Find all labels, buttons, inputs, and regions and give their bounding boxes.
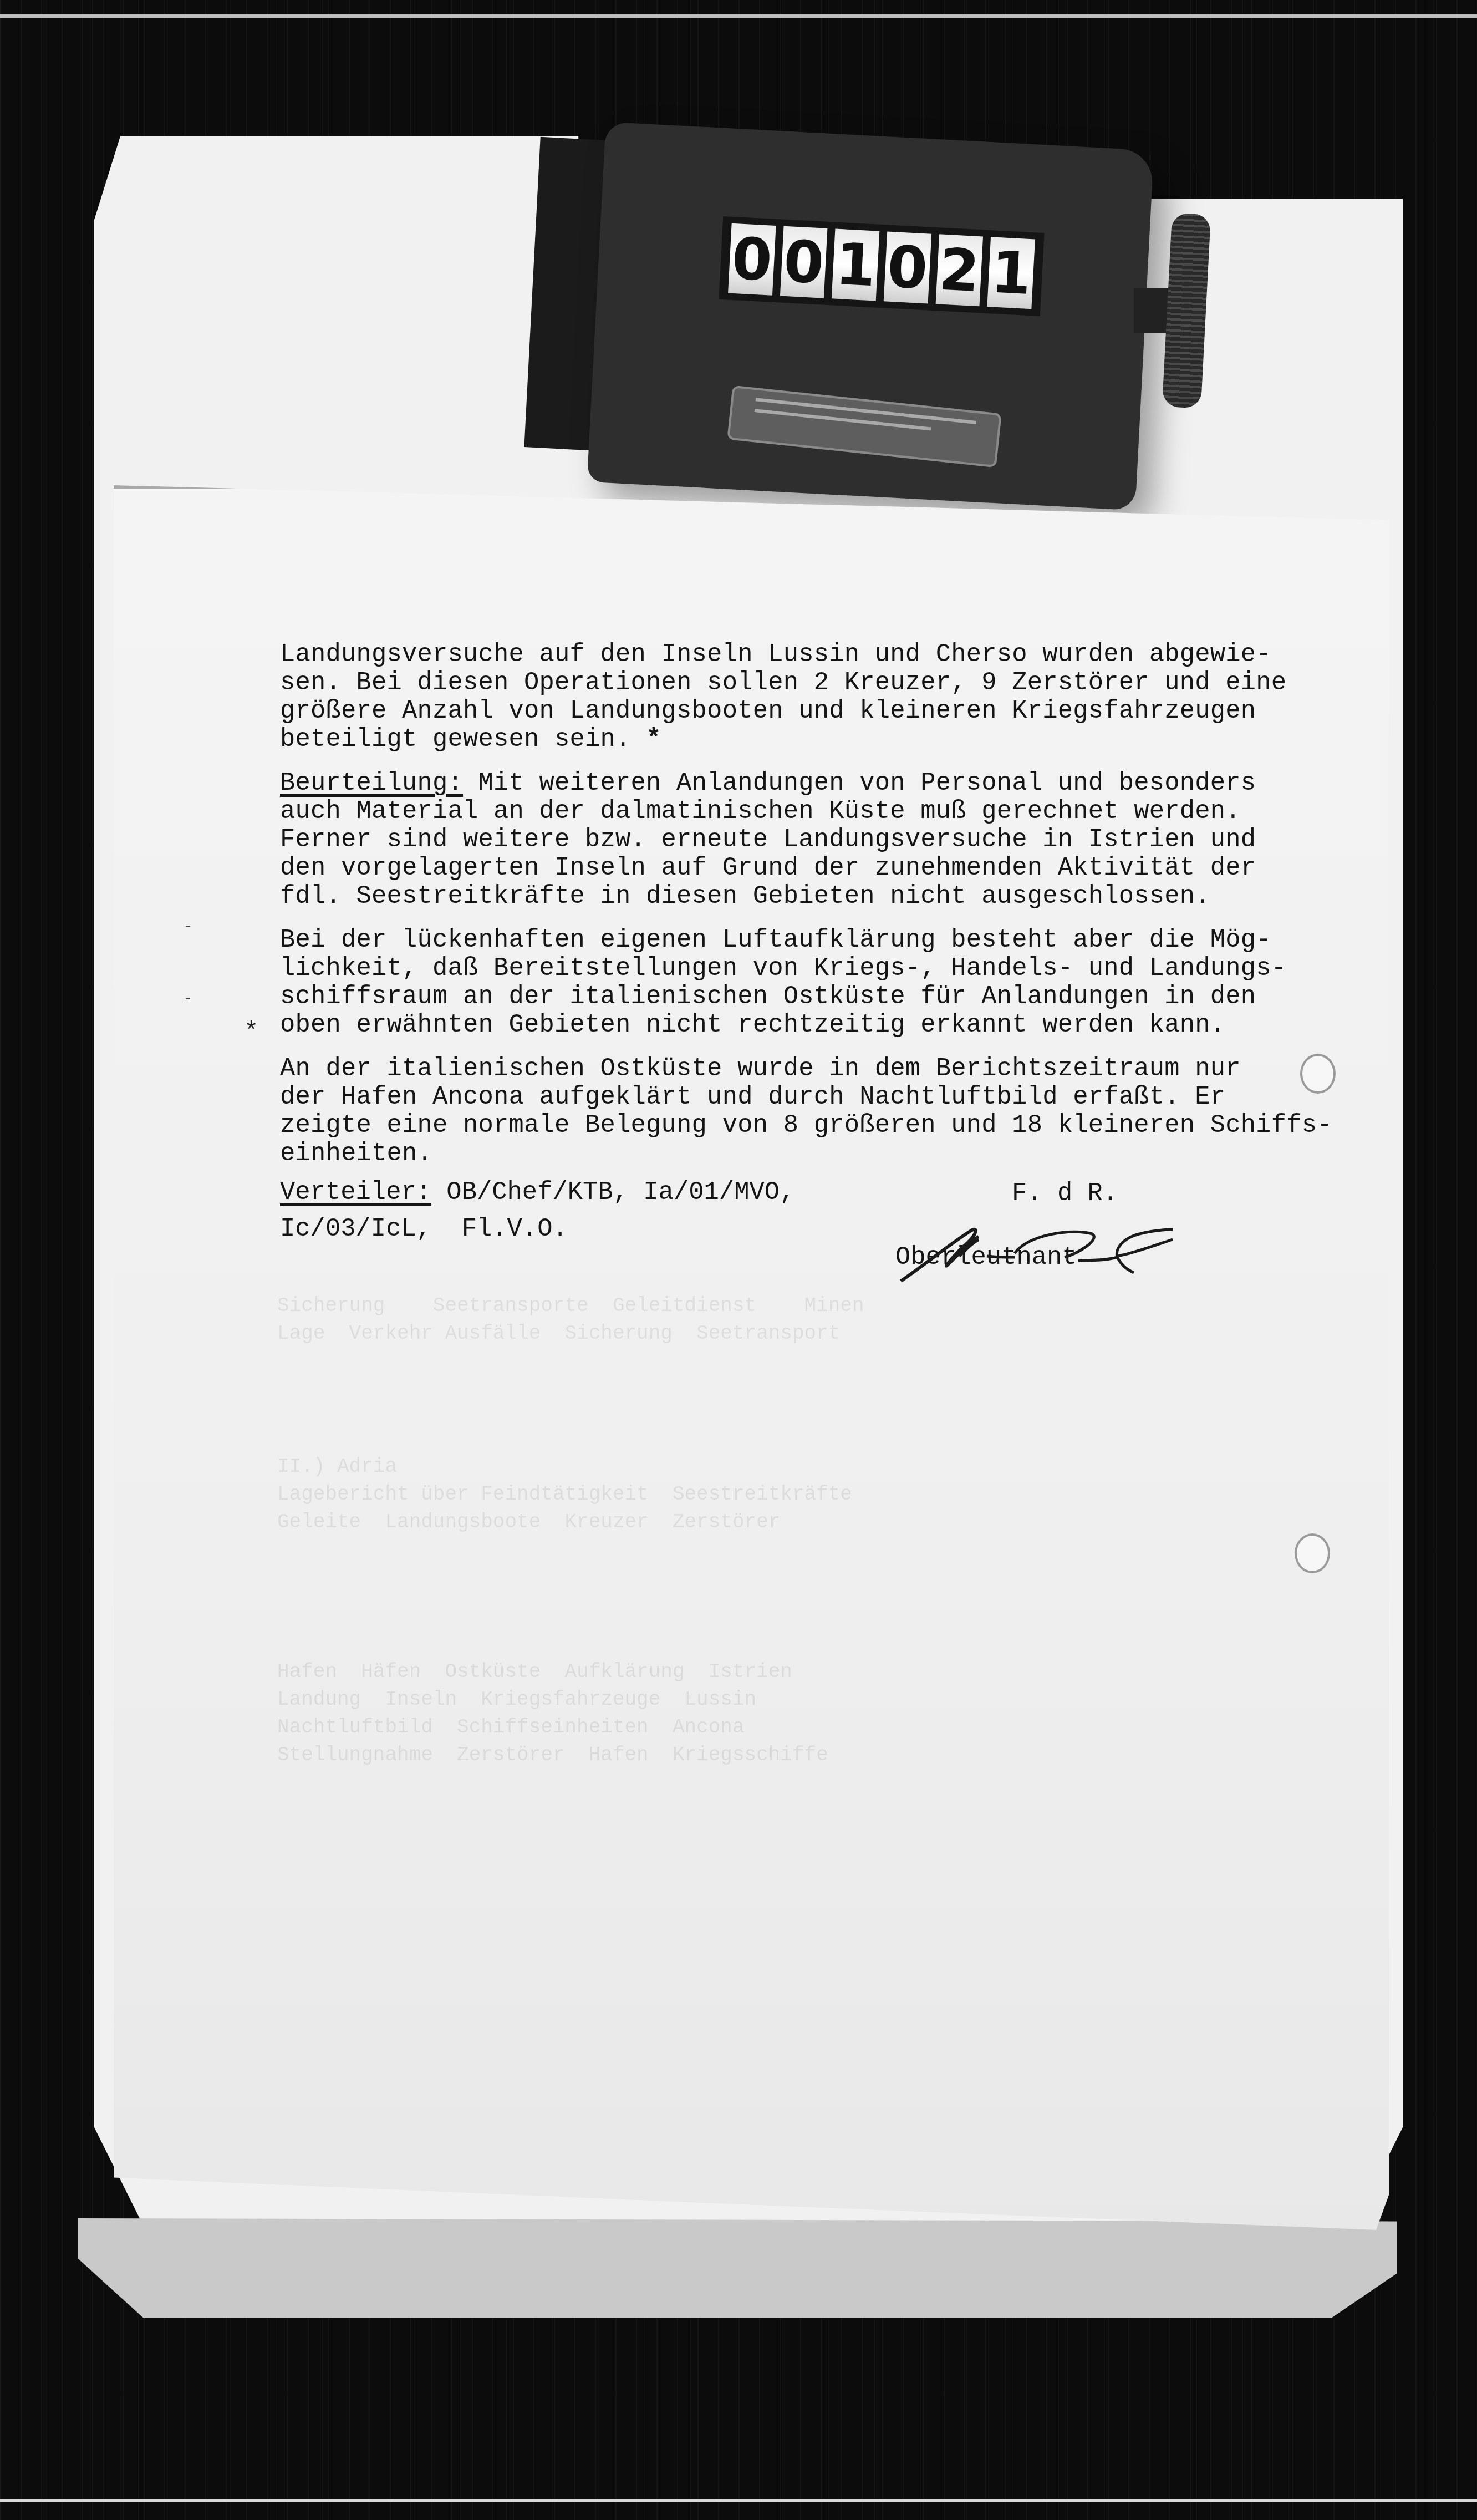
counter-digit: 0	[780, 226, 828, 298]
document-body: Landungsversuche auf den Inseln Lussin u…	[280, 641, 1361, 1183]
counter-digit: 0	[884, 231, 931, 303]
paragraph-text: Bei der lückenhaften eigenen Luftaufklär…	[280, 926, 1286, 1039]
bleed-through-text: Sicherung Seetransporte Geleitdienst Min…	[277, 1292, 864, 1348]
margin-mark: -	[183, 918, 193, 937]
paragraph-ancona: An der italienischen Ostküste wurde in d…	[280, 1055, 1361, 1168]
page-folded-bottom	[78, 2218, 1397, 2318]
counter-digit: 1	[832, 229, 879, 301]
paragraph-text: An der italienischen Ostküste wurde in d…	[280, 1054, 1332, 1168]
distribution-line-1: OB/Chef/KTB, Ia/01/MVO,	[431, 1178, 794, 1207]
paragraph-reconnaissance: Bei der lückenhaften eigenen Luftaufklär…	[280, 926, 1361, 1039]
assessment-heading: Beurteilung:	[280, 769, 463, 797]
punch-hole	[1295, 1533, 1330, 1573]
counter-digit: 1	[987, 237, 1035, 309]
fdr-label: F. d R.	[1012, 1178, 1118, 1209]
paragraph-text: Landungsversuche auf den Inseln Lussin u…	[280, 640, 1286, 754]
distribution-list: Verteiler: OB/Chef/KTB, Ia/01/MVO, Ic/03…	[280, 1176, 794, 1246]
distribution-line-2: Ic/03/IcL, Fl.V.O.	[280, 1212, 794, 1246]
counter-digit: 0	[728, 223, 776, 296]
margin-mark: -	[183, 990, 193, 1009]
paragraph-landing-attempts: Landungsversuche auf den Inseln Lussin u…	[280, 641, 1361, 754]
counter-digit: 2	[935, 234, 983, 306]
margin-asterisk-icon: *	[244, 1018, 258, 1046]
distribution-label: Verteiler:	[280, 1178, 431, 1207]
handwritten-signature-icon	[895, 1223, 1184, 1284]
asterisk-mark: *	[646, 725, 661, 754]
bleed-through-text: Hafen Häfen Ostküste Aufklärung Istrien …	[277, 1658, 828, 1769]
bleed-through-text: II.) Adria Lagebericht über Feindtätigke…	[277, 1453, 852, 1536]
film-edge-top	[0, 14, 1477, 18]
counter-display: 0 0 1 0 2 1	[719, 216, 1044, 316]
film-edge-bottom	[0, 2499, 1477, 2502]
paragraph-assessment: Beurteilung: Mit weiteren Anlandungen vo…	[280, 769, 1361, 911]
